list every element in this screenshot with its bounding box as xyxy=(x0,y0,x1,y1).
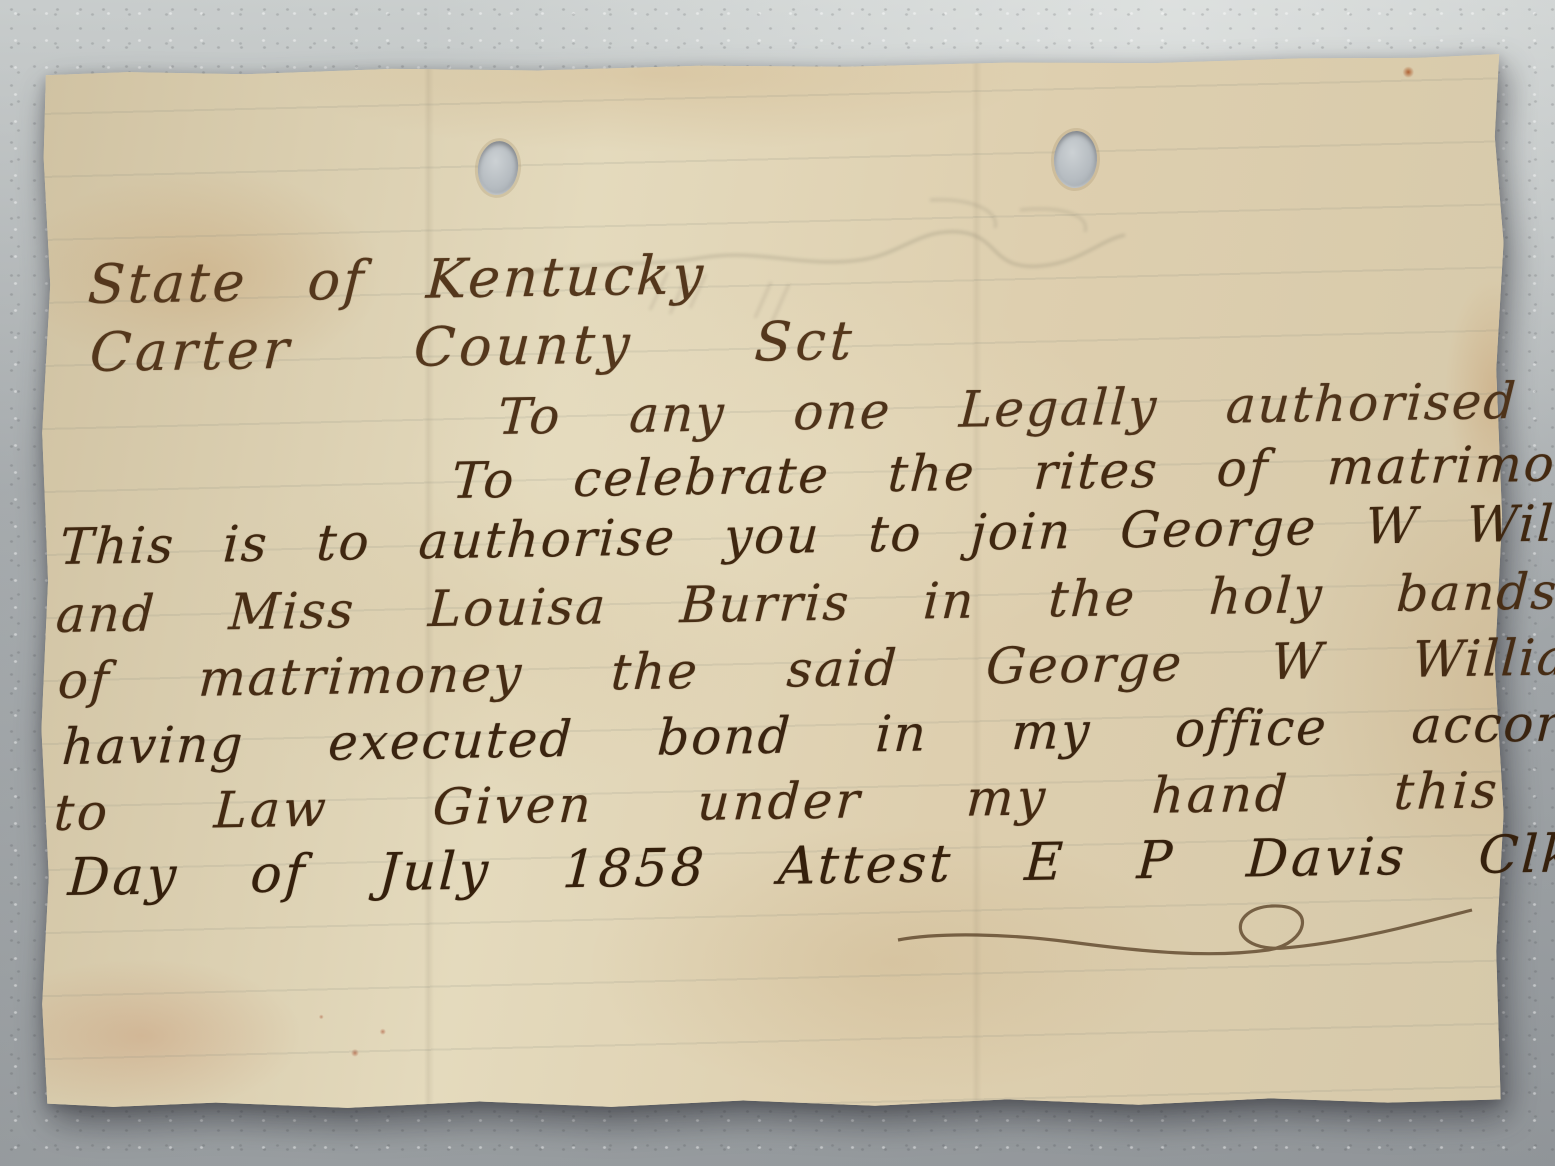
handwritten-line-state: State of Kentucky xyxy=(87,248,708,312)
signature-flourish xyxy=(880,890,1490,985)
handwritten-line-salutation: To any one Legally authorised xyxy=(497,376,1519,442)
handwritten-line-county: Carter County Sct xyxy=(89,314,857,380)
photo-of-document: State of Kentucky Carter County Sct To a… xyxy=(0,0,1555,1166)
